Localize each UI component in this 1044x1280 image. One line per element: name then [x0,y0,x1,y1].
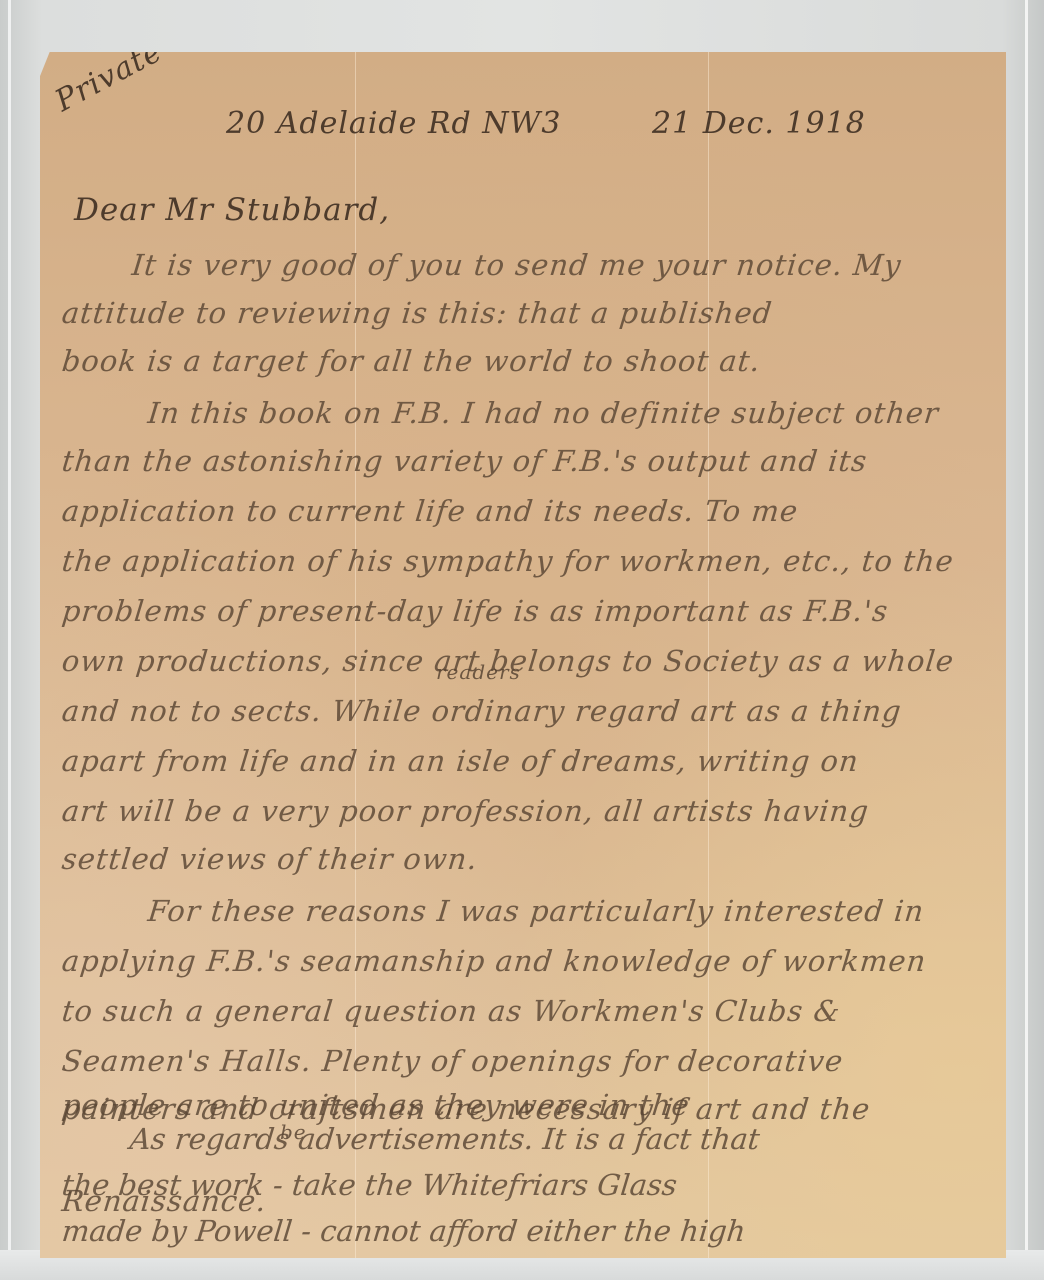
letter-line: the best work - take the Whitefriars Gla… [60,1168,679,1202]
letter-line: made by Powell - cannot afford either th… [60,1214,747,1248]
sleeve-edge-right [1025,0,1028,1280]
letter-line: As regards advertisements. It is a fact … [128,1122,761,1156]
letter-tail: As regards advertisements. It is a fact … [40,52,1006,1258]
sleeve-edge-left [8,0,11,1280]
